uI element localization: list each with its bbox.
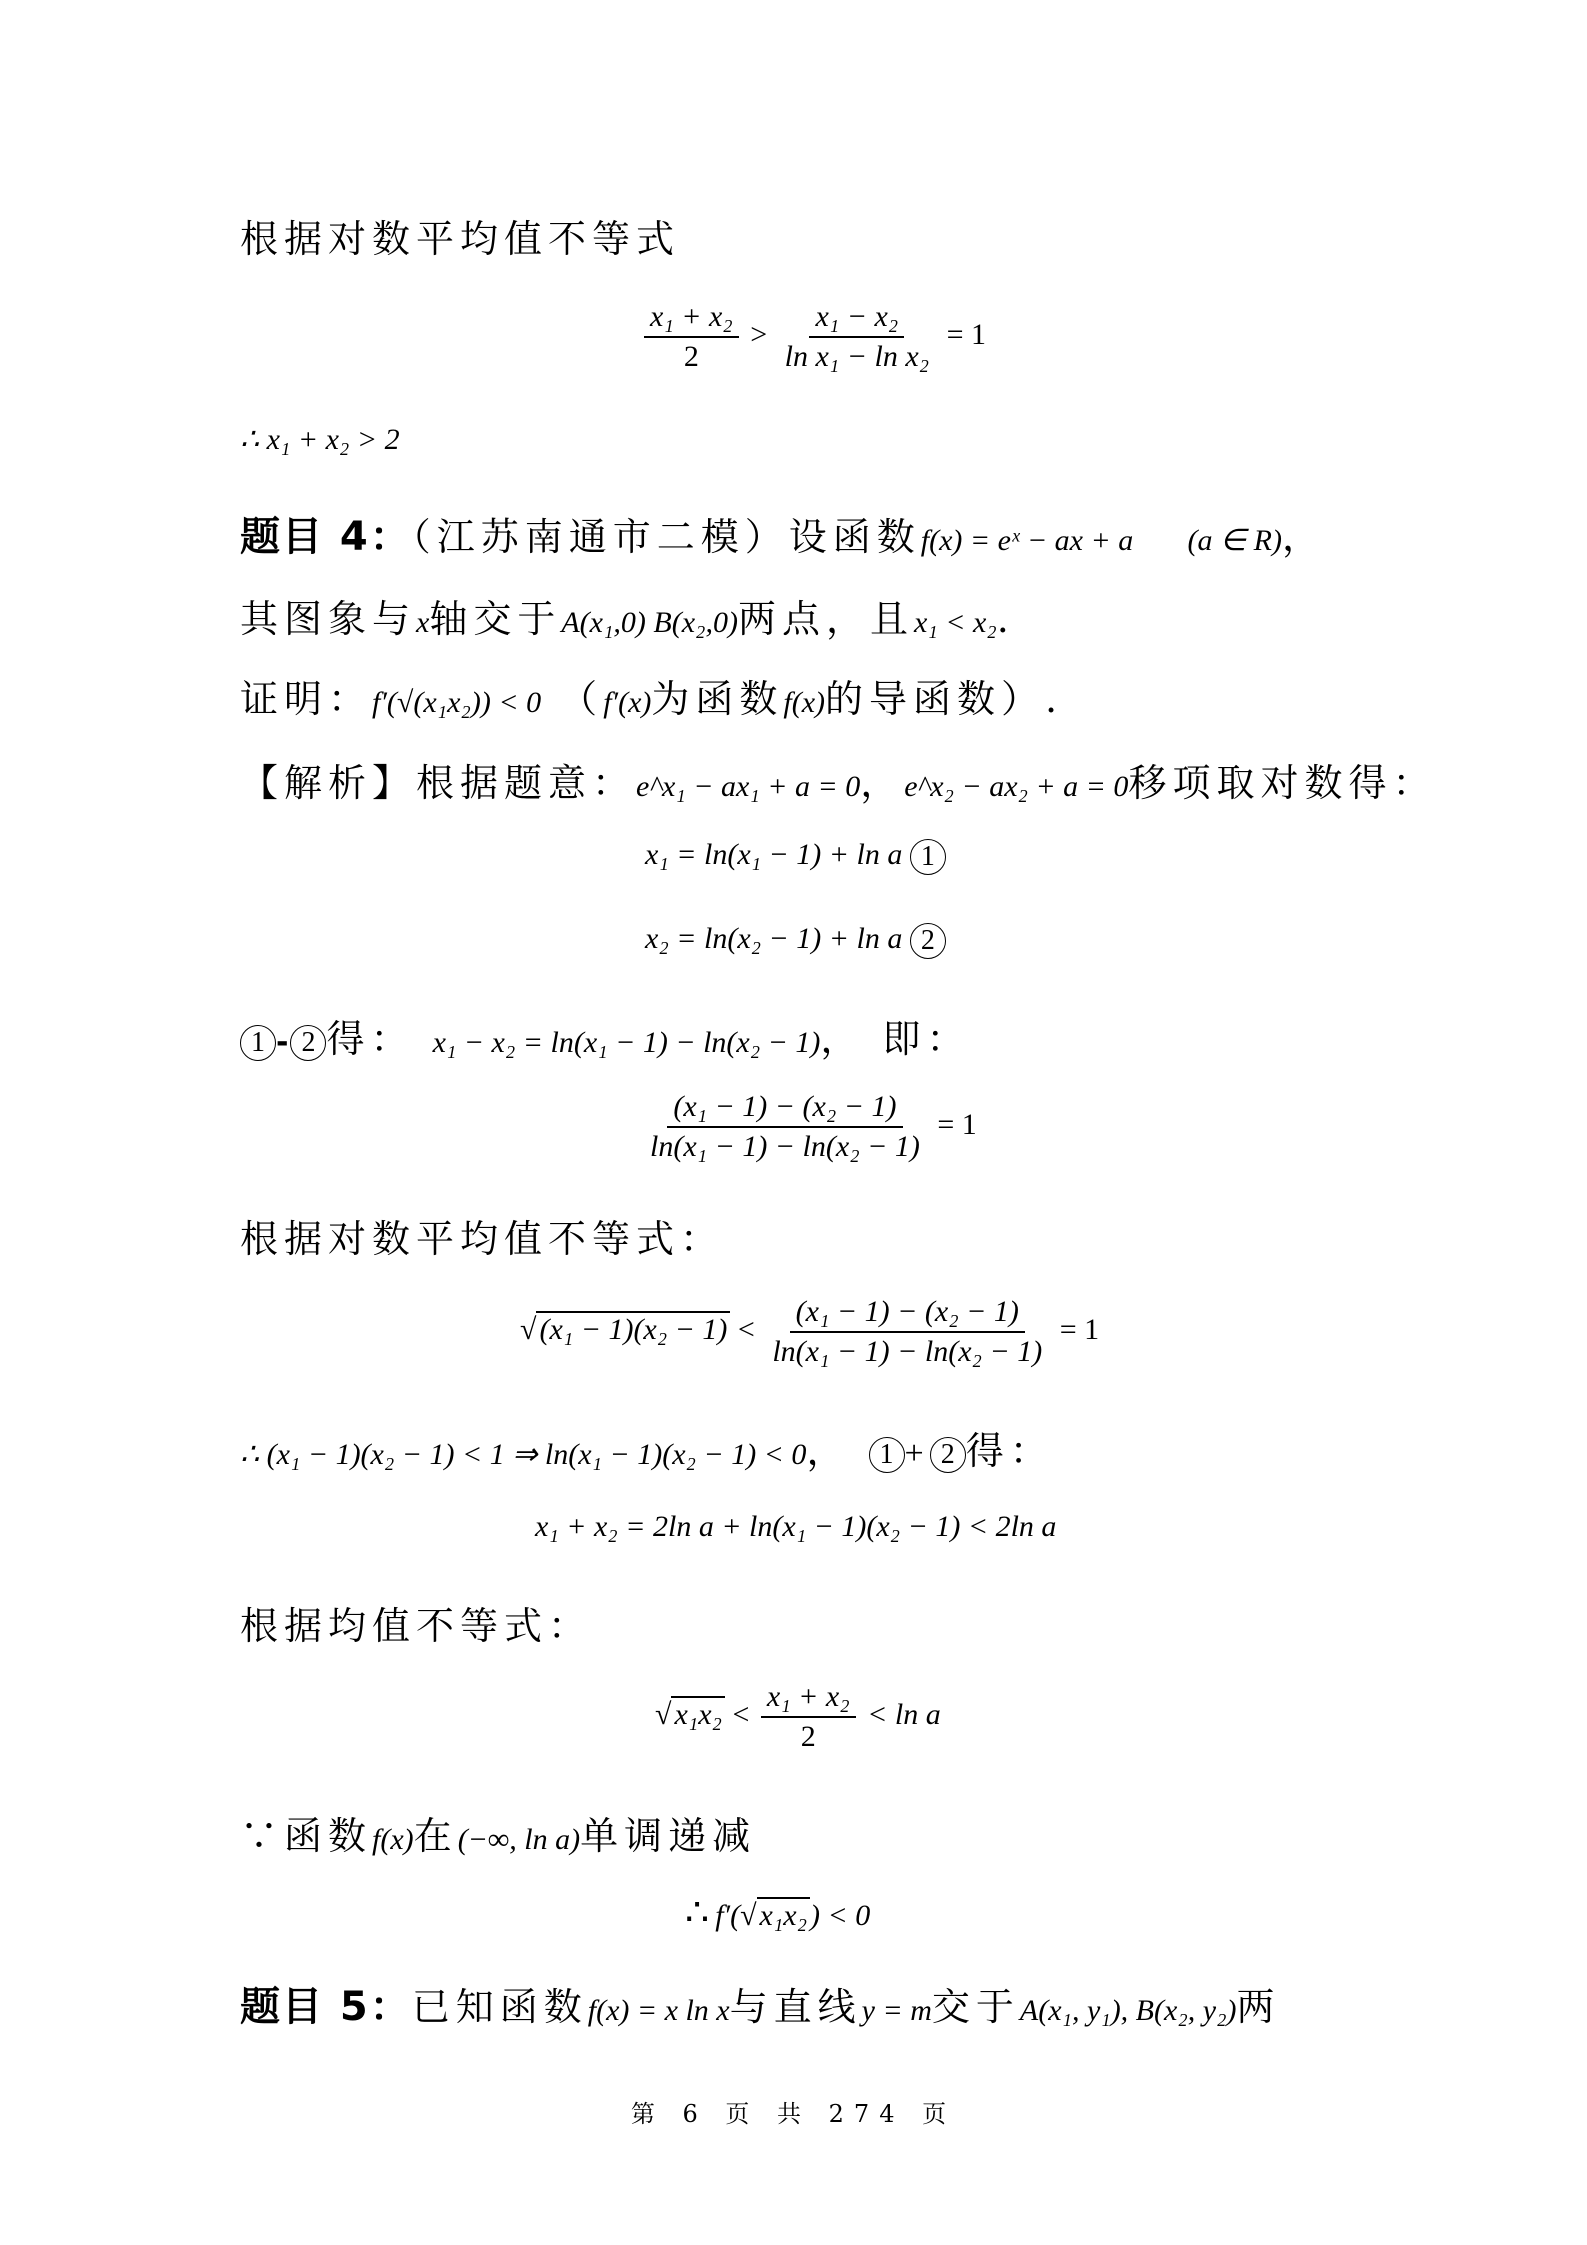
denominator: ln(x₁ − 1) − ln(x₂ − 1) [644,1128,926,1164]
function-definition: f(x) = eˣ − ax + a [921,524,1133,557]
paragraph-heading: 根据对数平均值不等式： [240,1208,724,1263]
question-4-line-2: 其图象与x轴交于A(x₁,0) B(x₂,0)两点，且x₁ < x₂. [240,588,1015,643]
square-root: √(x₁ − 1)(x₂ − 1) [520,1313,730,1347]
result: ) < 0 [810,1899,870,1932]
fraction: (x₁ − 1) − (x₂ − 1) ln(x₁ − 1) − ln(x₂ −… [766,1295,1048,1369]
analysis-label: 【解析】根据题意： [240,761,636,805]
circled-number-1: 1 [869,1437,905,1473]
equation: e^x₁ − ax₁ + a = 0 [636,770,860,803]
subtract-line: 1-2得： x₁ − x₂ = ln(x₁ − 1) − ln(x₂ − 1)，… [240,1008,971,1063]
text: 两点，且 [738,597,914,641]
equation: e^x₂ − ax₂ + a = 0 [904,770,1128,803]
text: ， 即： [820,1017,970,1061]
question-4-line-1: 题目 4：（江苏南通市二模）设函数f(x) = eˣ − ax + a (a ∈… [240,505,1326,562]
monotonic-statement: ∵函数f(x)在(−∞, ln a)单调递减 [240,1805,756,1860]
fraction: (x₁ − 1) − (x₂ − 1) ln(x₁ − 1) − ln(x₂ −… [644,1090,926,1164]
text: 得： [966,1429,1054,1473]
circled-number-2: 2 [290,1025,326,1061]
text: 轴交于 [429,597,561,641]
equation-body: x₂ = ln(x₂ − 1) + ln a [645,922,902,955]
numerator: x₁ − x₂ [809,300,904,338]
relation: > [750,318,767,351]
numerator: x₁ + x₂ [761,1680,856,1718]
derivative: f′( [715,1899,740,1932]
equation-6: x₁ + x₂ = 2ln a + ln(x₁ − 1)(x₂ − 1) < 2… [535,1510,1056,1544]
numerator: (x₁ − 1) − (x₂ − 1) [790,1295,1025,1333]
equation-8: ∴f′(√x₁x₂) < 0 [685,1890,870,1934]
plus: + [905,1435,930,1472]
denominator: ln(x₁ − 1) − ln(x₂ − 1) [766,1333,1048,1369]
square-root: √x₁x₂ [740,1899,810,1933]
parameter-domain: (a ∈ R) [1188,524,1282,557]
equals-one: = 1 [1060,1313,1099,1346]
equation-7: √x₁x₂ < x₁ + x₂ 2 < ln a [655,1680,941,1754]
denominator: 2 [678,338,705,374]
fraction: x₁ + x₂ 2 [644,300,739,374]
question-label: 题目 4： [240,514,412,560]
analysis-intro: 【解析】根据题意：e^x₁ − ax₁ + a = 0，e^x₂ − ax₂ +… [240,752,1436,807]
text: 两 [1236,1985,1280,2029]
relation: < [732,1698,749,1731]
equation-body: x₁ = ln(x₁ − 1) + ln a [645,838,902,871]
punctuation: . [997,597,1015,641]
text: 已知函数 [412,1985,588,2029]
radicand: (x₁ − 1)(x₂ − 1) [536,1311,730,1346]
implication-line: ∴ (x₁ − 1)(x₂ − 1) < 1 ⇒ ln(x₁ − 1)(x₂ −… [240,1420,1054,1475]
function: f(x) [372,1823,414,1856]
question-5-line-1: 题目 5：已知函数f(x) = x ln x与直线y = m交于A(x₁, y₁… [240,1975,1281,2032]
radicand: x₁x₂ [757,1897,811,1932]
equals-one: = 1 [937,1108,976,1141]
text: 交于 [932,1985,1020,2029]
circled-number-1: 1 [240,1025,276,1061]
intersection-points: A(x₁, y₁), B(x₂, y₂) [1020,1994,1237,2027]
text: 得： [326,1017,414,1061]
text: 的导函数）. [825,677,1063,721]
prove-statement: 证明：f′(√(x₁x₂)) < 0 （f′(x)为函数f(x)的导函数）. [240,668,1063,723]
text: 与直线 [730,1985,862,2029]
page-footer: 第 6 页 共 274 页 [0,2094,1587,2129]
relation: < [738,1313,755,1346]
equals-one: = 1 [947,318,986,351]
denominator: 2 [795,1718,822,1754]
text: 其图象与 [240,597,416,641]
conclusion-line: ∴ x₁ + x₂ > 2 [240,422,400,457]
square-root: √x₁x₂ [655,1698,725,1732]
punctuation: ， [1282,515,1326,559]
equation-4: √(x₁ − 1)(x₂ − 1) < (x₁ − 1) − (x₂ − 1) … [520,1295,1099,1369]
equation-1: x₁ = ln(x₁ − 1) + ln a 1 [645,838,946,875]
minus: - [276,1025,290,1060]
fraction: x₁ − x₂ ln x₁ − ln x₂ [779,300,935,374]
function: f(x) [783,686,825,719]
interval: (−∞, ln a) [458,1823,580,1856]
function-definition: f(x) = x ln x [588,1994,730,2027]
text: 为函数 [651,677,783,721]
therefore-symbol: ∴ [685,1890,715,1934]
radicand: x₁x₂ [671,1696,725,1731]
intersection-points: A(x₁,0) B(x₂,0) [561,606,738,639]
text: 单调递减 [580,1814,756,1858]
text: 在 [414,1814,458,1858]
numerator: x₁ + x₂ [644,300,739,338]
equation-3: (x₁ − 1) − (x₂ − 1) ln(x₁ − 1) − ln(x₂ −… [640,1090,977,1164]
numerator: (x₁ − 1) − (x₂ − 1) [667,1090,902,1128]
variable: x [416,606,429,639]
equation: x₁ − x₂ = ln(x₁ − 1) − ln(x₂ − 1) [433,1026,821,1059]
punctuation: ， [806,1429,850,1473]
denominator: ln x₁ − ln x₂ [779,338,935,374]
derivative: f′(x) [603,686,651,719]
prove-label: 证明： [240,677,372,721]
text: （ [559,677,603,721]
line-equation: y = m [862,1994,932,2027]
prove-expression: f′(√(x₁x₂)) < 0 [372,686,541,719]
circled-number-2: 2 [910,923,946,959]
paragraph-heading: 根据对数平均值不等式 [240,208,680,263]
bound: < ln a [867,1698,941,1731]
text: 移项取对数得： [1128,761,1436,805]
paragraph-heading: 根据均值不等式： [240,1595,592,1650]
equation-log-mean-1: x₁ + x₂ 2 > x₁ − x₂ ln x₁ − ln x₂ = 1 [640,300,986,374]
circled-number-2: 2 [930,1437,966,1473]
equation-2: x₂ = ln(x₂ − 1) + ln a 2 [645,922,946,959]
punctuation: ， [860,761,904,805]
because-symbol: ∵ [240,1814,284,1858]
text: 函数 [284,1814,372,1858]
fraction: x₁ + x₂ 2 [761,1680,856,1754]
question-label: 题目 5： [240,1984,412,2030]
circled-number-1: 1 [910,839,946,875]
implication: ∴ (x₁ − 1)(x₂ − 1) < 1 ⇒ ln(x₁ − 1)(x₂ −… [240,1438,806,1471]
condition: x₁ < x₂ [914,606,997,639]
question-source: （江苏南通市二模）设函数 [412,515,921,559]
